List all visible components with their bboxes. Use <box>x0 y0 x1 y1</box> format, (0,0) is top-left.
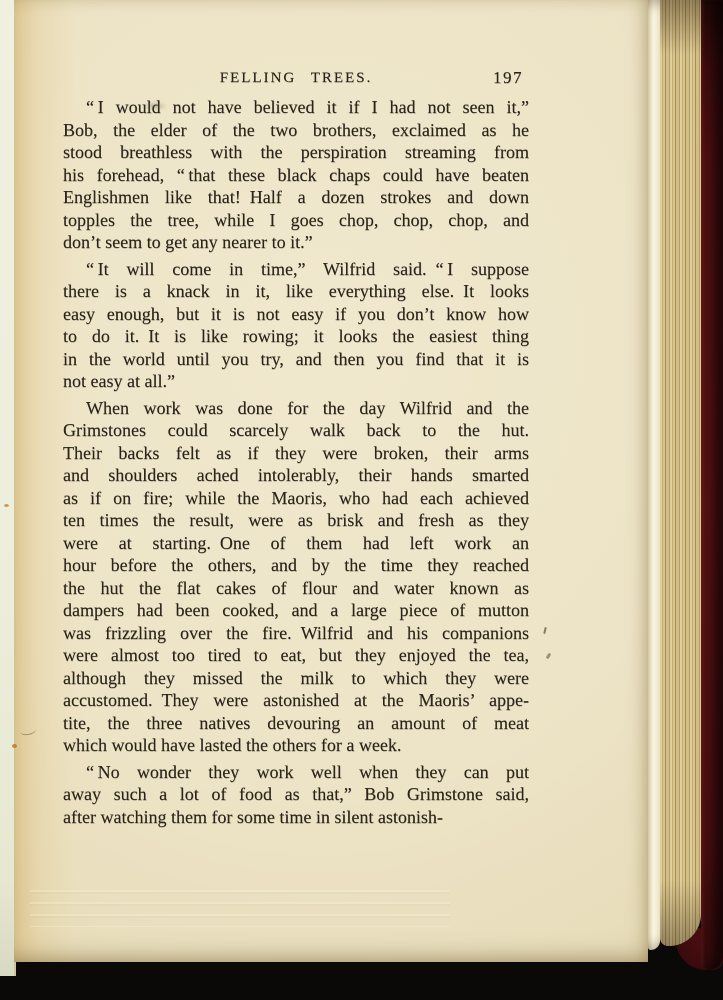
text-line: there is a knack in it, like everything … <box>63 280 529 303</box>
leaf-inner-edge <box>648 0 660 950</box>
text-line: “ No wonder they work well when they can… <box>63 761 529 784</box>
running-title: FELLING TREES. <box>63 70 529 87</box>
text-line: in the world until you try, and then you… <box>63 348 529 371</box>
text-line: away such a lot of food as that,” Bob Gr… <box>63 783 529 806</box>
text-line: dampers had been cooked, and a large pie… <box>63 599 529 622</box>
text-line: Grimstones could scarcely walk back to t… <box>63 419 529 442</box>
text-line: were at starting. One of them had left w… <box>63 532 529 555</box>
paragraph: When work was done for the day Wilfrid a… <box>63 397 529 757</box>
scan-speck <box>4 504 9 507</box>
text-line: which would have lasted the others for a… <box>63 734 529 757</box>
text-line: were almost too tired to eat, but they e… <box>63 644 529 667</box>
page-edges-stack <box>660 0 701 946</box>
text-line: tite, the three natives devouring an amo… <box>63 712 529 735</box>
paragraph: “ No wonder they work well when they can… <box>63 761 529 829</box>
text-line: ten times the result, were as brisk and … <box>63 509 529 532</box>
text-line: accustomed. They were astonished at the … <box>63 689 529 712</box>
paragraph: “ I would not have believed it if I had … <box>63 96 529 254</box>
text-line: “ It will come in time,” Wilfrid said. “… <box>63 258 529 281</box>
text-line: Their backs felt as if they were broken,… <box>63 442 529 465</box>
text-line: don’t seem to get any nearer to it.” <box>63 231 529 254</box>
text-line: after watching them for some time in sil… <box>63 806 529 829</box>
text-line: the hut the flat cakes of flour and wate… <box>63 577 529 600</box>
text-line: his forehead, “ that these black chaps c… <box>63 164 529 187</box>
book-cover <box>701 0 723 970</box>
text-line: and shoulders ached intolerably, their h… <box>63 464 529 487</box>
text-line: easy enough, but it is not easy if you d… <box>63 303 529 326</box>
text-line: although they missed the milk to which t… <box>63 667 529 690</box>
book-page: FELLING TREES. 197 “ I would not have be… <box>14 0 648 962</box>
text-line: not easy at all.” <box>63 370 529 393</box>
text-line: topples the tree, while I goes chop, cho… <box>63 209 529 232</box>
text-line: to do it. It is like rowing; it looks th… <box>63 325 529 348</box>
page-number: 197 <box>493 68 523 88</box>
text-line: as if on fire; while the Maoris, who had… <box>63 487 529 510</box>
scan-speck <box>12 744 17 748</box>
text-line: Englishmen like that! Half a dozen strok… <box>63 186 529 209</box>
page-crease <box>30 885 450 927</box>
text-line: When work was done for the day Wilfrid a… <box>63 397 529 420</box>
scan-smudge <box>138 100 172 112</box>
paragraph: “ It will come in time,” Wilfrid said. “… <box>63 258 529 393</box>
text-line: “ I would not have believed it if I had … <box>63 96 529 119</box>
text-line: hour before the others, and by the time … <box>63 554 529 577</box>
text-block: “ I would not have believed it if I had … <box>63 96 529 828</box>
text-line: was frizzling over the fire. Wilfrid and… <box>63 622 529 645</box>
scanned-book-photo: FELLING TREES. 197 “ I would not have be… <box>0 0 723 1000</box>
text-line: stood breathless with the perspiration s… <box>63 141 529 164</box>
text-line: Bob, the elder of the two brothers, excl… <box>63 119 529 142</box>
page-header: FELLING TREES. 197 <box>63 70 529 94</box>
